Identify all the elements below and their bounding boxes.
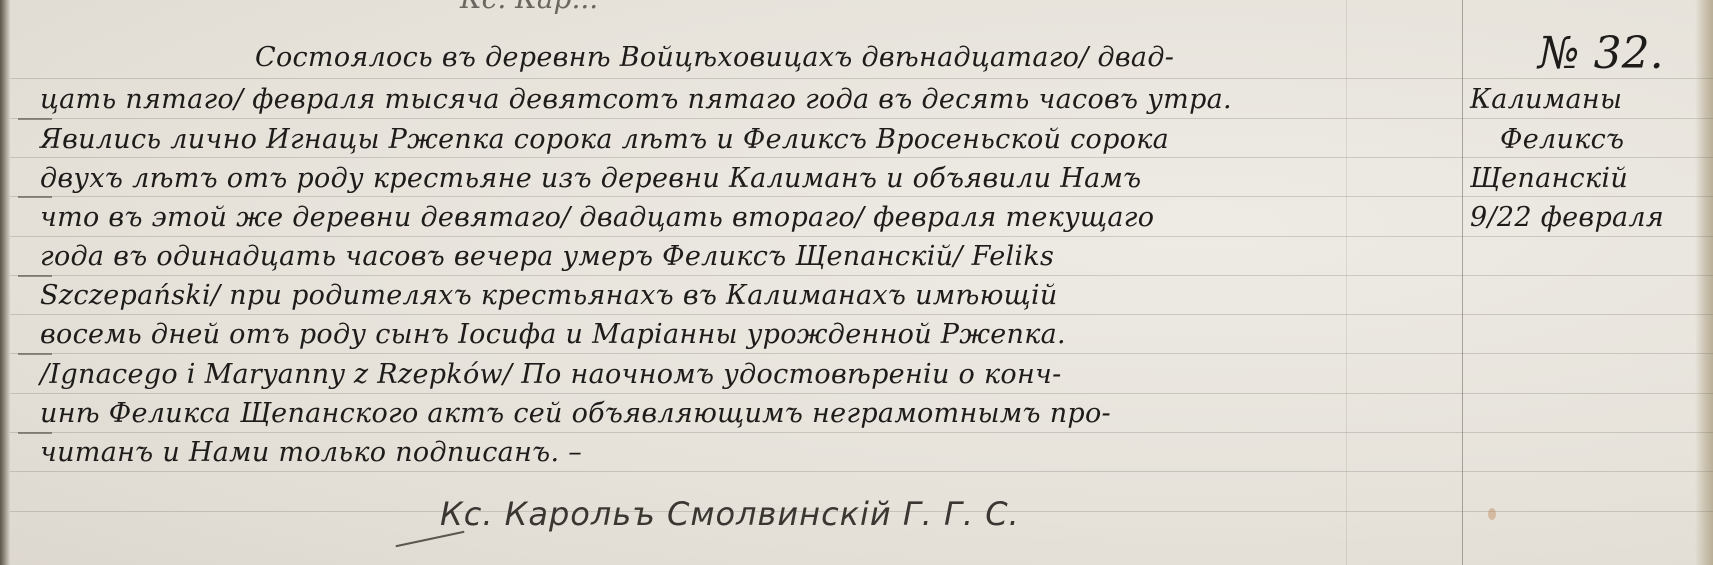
margin-mark [18, 196, 52, 198]
ruled-line [10, 471, 1713, 472]
signature-flourish [396, 531, 465, 548]
document-page: Кс. Кар... Состоялось въ деревнѣ Войцѣхо… [0, 0, 1713, 565]
margin-date: 9/22 февраля [1470, 202, 1664, 233]
ruled-line [10, 314, 1713, 315]
margin-mark [18, 118, 52, 120]
body-line-1: Состоялось въ деревнѣ Войцѣховицахъ двѣн… [255, 42, 1174, 73]
body-line-5: что въ этой же деревни девятаго/ двадцат… [40, 202, 1154, 233]
body-line-6: года въ одинадцать часовъ вечера умеръ Ф… [40, 241, 1054, 272]
margin-column-divider [1462, 0, 1463, 565]
record-number: № 32. [1538, 28, 1664, 79]
body-line-9: /Ignacego i Maryanny z Rzepków/ По наочн… [40, 359, 1062, 390]
margin-mark [18, 353, 52, 355]
page-edge [1695, 0, 1713, 565]
ruled-line [10, 78, 1713, 79]
binding-edge [0, 0, 10, 565]
ruled-line [10, 196, 1713, 197]
ruled-line [10, 157, 1713, 158]
column-divider-faint [1346, 0, 1347, 565]
header-fragment: Кс. Кар... [460, 0, 598, 15]
body-line-2: цать пятаго/ февраля тысяча девятсотъ пя… [40, 84, 1232, 115]
paper-stain [1488, 508, 1496, 520]
margin-surname: Щепанскiй [1470, 163, 1628, 194]
body-line-7: Szczepański/ при родителяхъ крестьянахъ … [40, 280, 1058, 311]
ruled-line [10, 236, 1713, 237]
ruled-line [10, 393, 1713, 394]
ruled-line [10, 275, 1713, 276]
body-line-3: Явились лично Игнацы Ржепка сорока лѣтъ … [40, 124, 1169, 155]
priest-signature: Кс. Карольъ Смолвинскiй Г. Г. С. [440, 495, 1020, 533]
body-line-10: инѣ Феликса Щепанского актъ сей объявляю… [40, 398, 1111, 429]
ruled-line [10, 432, 1713, 433]
body-line-8: восемь дней отъ роду сынъ Iосифа и Марiа… [40, 319, 1066, 350]
margin-mark [18, 275, 52, 277]
body-line-11: читанъ и Нами только подписанъ. – [40, 437, 582, 468]
ruled-line [10, 118, 1713, 119]
body-line-4: двухъ лѣтъ отъ роду крестьяне изъ деревн… [40, 163, 1141, 194]
ruled-line [10, 353, 1713, 354]
margin-mark [18, 432, 52, 434]
margin-given-name: Феликсъ [1500, 124, 1624, 155]
margin-village: Калиманы [1470, 84, 1622, 115]
